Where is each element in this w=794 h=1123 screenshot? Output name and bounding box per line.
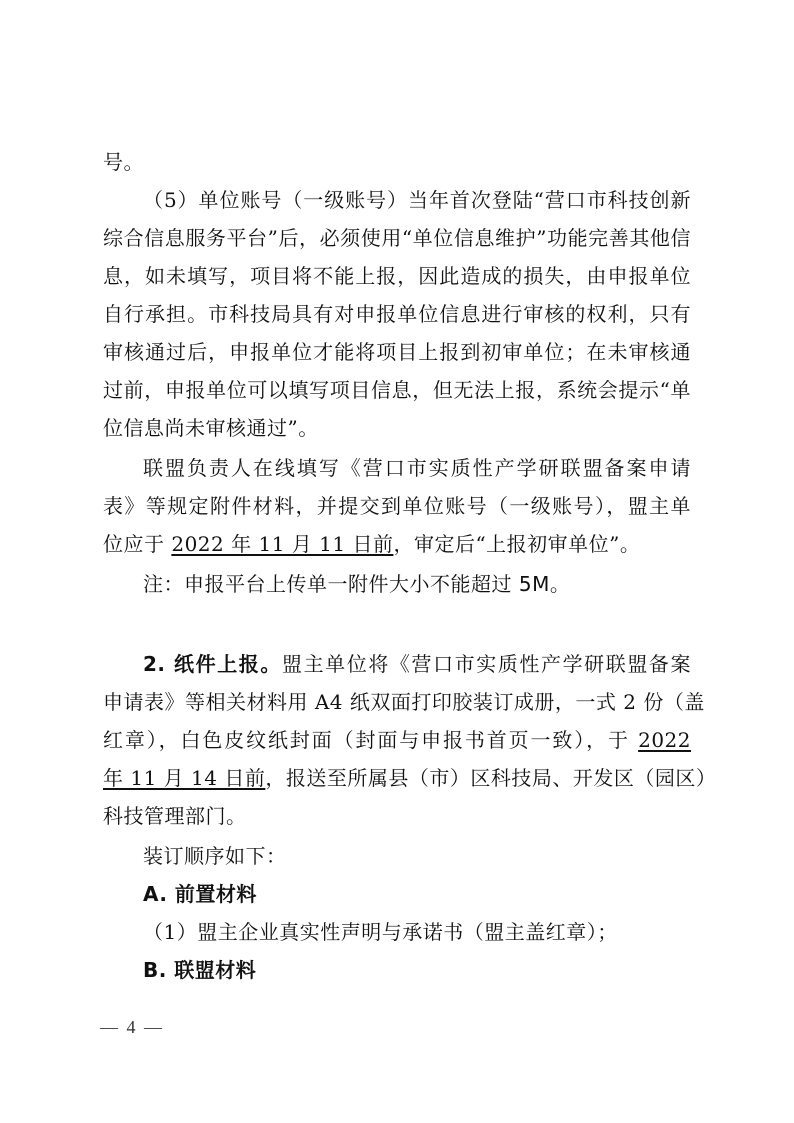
text-segment: 盟主单位将《营口市实质性产学研联盟备案 <box>282 652 691 676</box>
subsection-a-heading: A. 前置材料 <box>103 882 257 906</box>
text-segment: 红章），白色皮纹纸封面（封面与申报书首页一致），于 <box>103 728 638 752</box>
paragraph-line: 科技管理部门。 <box>103 804 247 828</box>
paragraph-line: 综合信息服务平台”后，必须使用“单位信息维护”功能完善其他信 <box>103 226 691 250</box>
paragraph-line: 位信息尚未审核通过”。 <box>103 416 319 440</box>
deadline-date: 2022 <box>638 728 691 752</box>
subsection-b-heading: B. 联盟材料 <box>103 958 256 982</box>
paragraph-line: （5）单位账号（一级账号）当年首次登陆“营口市科技创新 <box>103 188 691 212</box>
text-segment: ，报送至所属县（市）区科技局、开发区（园区） <box>265 766 716 790</box>
paragraph-line: 位应于 2022 年 11 月 11 日前，审定后“上报初审单位”。 <box>103 532 640 556</box>
deadline-date: 2022 年 11 月 11 日前 <box>171 532 393 556</box>
deadline-date: 年 11 月 14 日前 <box>103 766 265 790</box>
section-heading-line: 2. 纸件上报。盟主单位将《营口市实质性产学研联盟备案 <box>103 652 691 676</box>
paragraph-line: 审核通过后，申报单位才能将项目上报到初审单位；在未审核通 <box>103 340 691 364</box>
list-item: （1）盟主企业真实性声明与承诺书（盟主盖红章）； <box>103 920 618 944</box>
paragraph-line: 号。 <box>103 150 144 174</box>
note-line: 注：申报平台上传单一附件大小不能超过 5M。 <box>103 572 570 596</box>
section-heading: 2. 纸件上报。 <box>143 652 282 676</box>
text-segment: ，审定后“上报初审单位”。 <box>393 532 640 556</box>
paragraph-line: 红章），白色皮纹纸封面（封面与申报书首页一致），于 2022 <box>103 728 691 752</box>
paragraph-line: 息，如未填写，项目将不能上报，因此造成的损失，由申报单位 <box>103 264 691 288</box>
page-number: — 4 — <box>100 1017 164 1038</box>
paragraph-line: 表》等规定附件材料，并提交到单位账号（一级账号），盟主单 <box>103 494 691 518</box>
paragraph-line: 申请表》等相关材料用 A4 纸双面打印胶装订成册，一式 2 份（盖 <box>103 690 691 714</box>
paragraph-line: 联盟负责人在线填写《营口市实质性产学研联盟备案申请 <box>103 456 691 480</box>
binding-order-heading: 装订顺序如下： <box>103 844 287 868</box>
paragraph-line: 年 11 月 14 日前，报送至所属县（市）区科技局、开发区（园区） <box>103 766 691 790</box>
paragraph-line: 过前，申报单位可以填写项目信息，但无法上报，系统会提示“单 <box>103 378 691 402</box>
paragraph-line: 自行承担。市科技局具有对申报单位信息进行审核的权利，只有 <box>103 302 691 326</box>
text-segment: 位应于 <box>103 532 171 556</box>
